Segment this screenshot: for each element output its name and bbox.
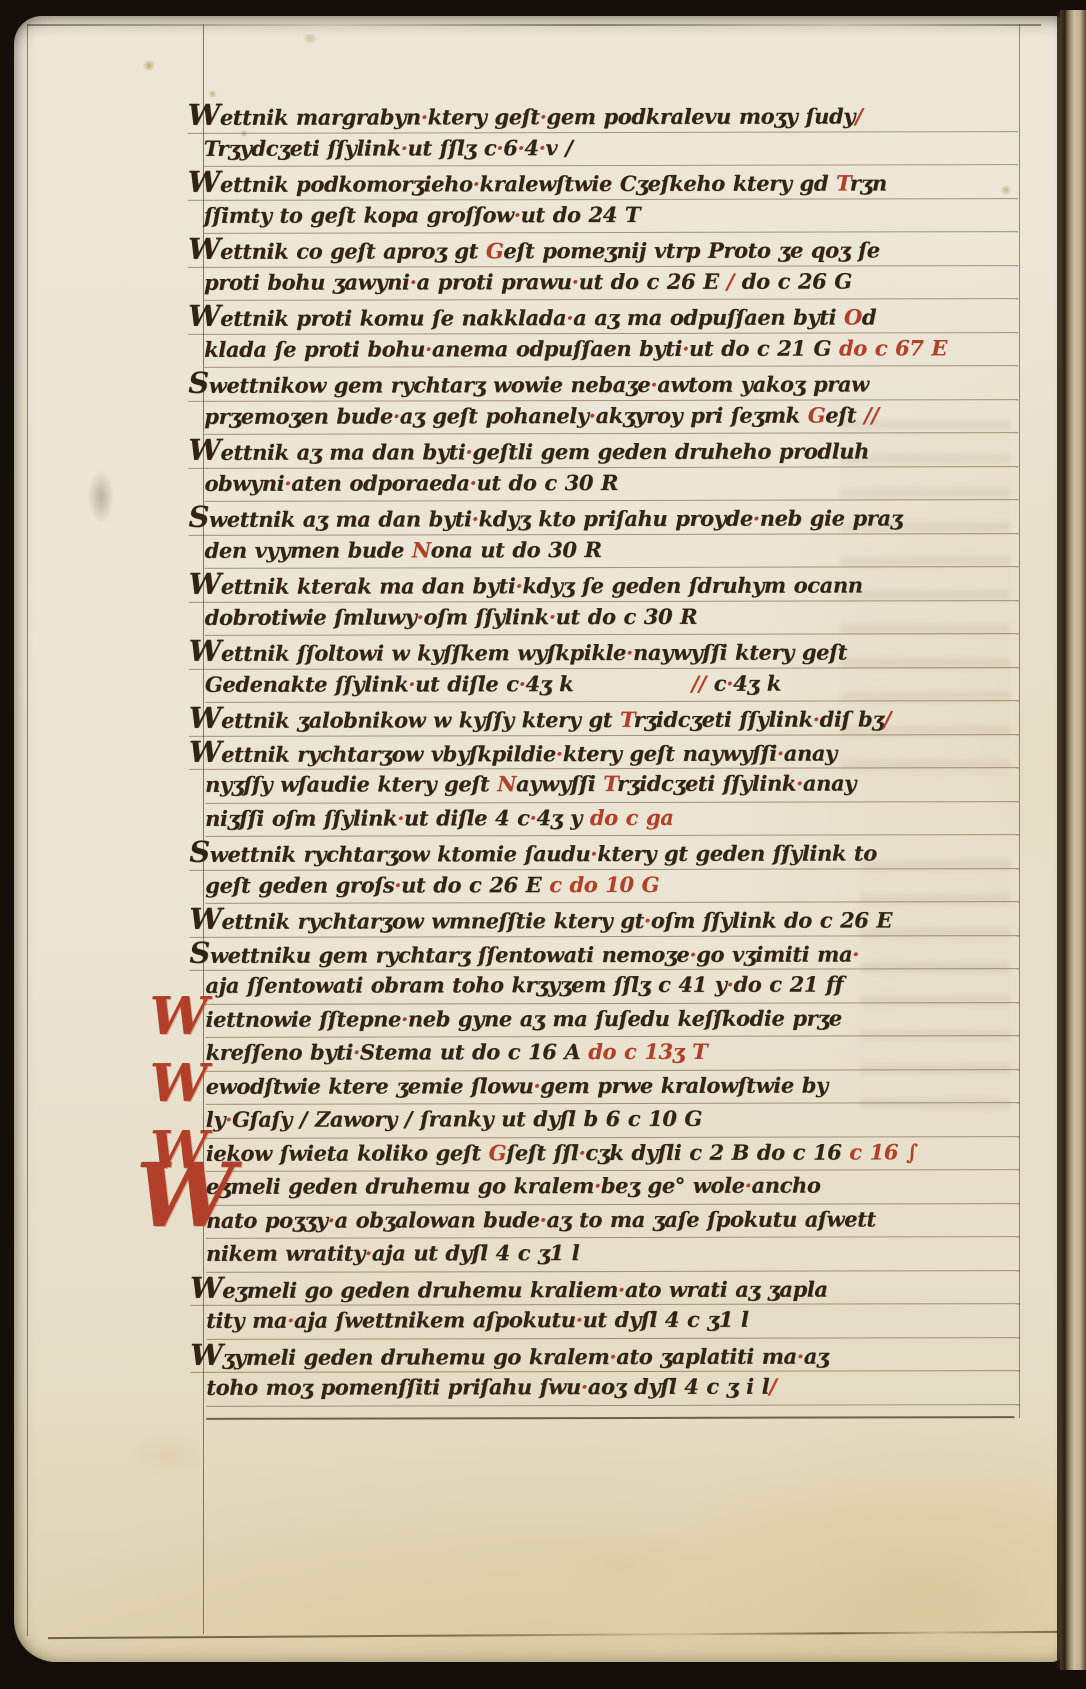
text-line: ſſimty to geſt kopa groſſow·ut do 24 T [204,199,1018,234]
ink-text: obwyni [204,470,284,495]
ink-text: aten odporaeda [291,470,469,495]
ink-text: eʒmeli geden druhemu go kralem [206,1173,594,1199]
rubric-text: · [394,872,401,897]
ink-text: 4 [524,135,538,160]
ink-text: aja ſſentowati obram toho krʒyʒem ſſlʒ c… [205,972,726,998]
ink-text: d [862,304,876,329]
ink-text: kdyʒ ſe geden ſdruhym ocann [522,572,862,598]
rubric-text: · [796,771,803,796]
rubric-text: · [425,336,432,361]
ink-text: do c 21 ff [733,972,843,997]
ink-text: naywyſſi ktery geſt [633,640,847,665]
rubric-text: N [497,771,516,796]
ink-text: c [706,670,726,695]
ink-text: ut dyſl 4 c ʒ1 l [583,1307,749,1332]
text-line: obwyni·aten odporaeda·ut do c 30 R [204,467,1018,502]
rubric-text: · [365,1241,372,1266]
ink-text: kdyʒ kto priſahu proyde [479,506,753,532]
rubric-text: c do 10 G [549,871,659,896]
ink-text: eſt pomeʒnij vtrp Proto ʒe qoʒ ſe [503,237,879,263]
text-line: Wettnik ſſoltowi w kyſſkem wyſkpikle·nay… [189,634,1019,669]
rubric-text: O [844,304,862,329]
ink-text: ut diſle 4 c [404,805,530,830]
text-line: tity ma·aja ſwettnikem aſpokutu·ut dyſl … [206,1304,1020,1339]
ink-text: Swettnik aʒ ma dan byti [188,506,471,532]
rubric-text: ∕∕ [864,402,879,427]
ink-text: Wettnik rychtarʒow wmneſſtie ktery gt [189,908,644,934]
rubric-text: T [836,171,850,196]
ink-text: Wettnik ſſoltowi w kyſſkem wyſkpikle [189,640,626,666]
text-line: Wettnik co geſt aproʒ gt Geſt pomeʒnij v… [188,232,1018,267]
ink-text: Gedenakte ſſylink [205,671,408,696]
rubric-text: · [517,135,524,160]
rubric-initial: W [149,994,207,1038]
text-line: Wettnik margrabyn·ktery geſt·gem podkral… [188,98,1018,133]
ink-text: geſtli gem geden druheho prodluh [472,438,869,464]
text-line: Wettnik aʒ ma dan byti·geſtli gem geden … [188,433,1018,468]
ink-text: do c 26 G [734,268,852,293]
ink-text: beʒ ge° wole [601,1173,745,1198]
ink-text: ut do c 21 G [689,335,839,360]
ink-text: aʒ to ma ʒaſe ſpokutu aſwett [546,1206,875,1232]
rubric-text: do c 13ʒ T [588,1039,707,1064]
ink-text: a obʒalowan bude [335,1207,540,1232]
rubric-text: · [556,741,563,766]
ink-text: awtom yakoʒ praw [657,371,869,396]
ink-text: Wettnik kterak ma dan byti [189,573,516,599]
rubric-text: · [549,604,556,629]
rubric-text: T [620,707,634,732]
ink-text: rʒidcʒeti ſſylink [617,771,796,796]
ink-text: Weʒmeli go geden druhemu kraliem [190,1276,618,1302]
ink-text: diſ bʒ [820,706,884,731]
ink-text: toho moʒ pomenſſiti priſahu ſwu [206,1374,581,1400]
ink-text: v ∕ [545,135,572,160]
manuscript-photo: { "document": { "kind": "medieval manusc… [0,0,1086,1689]
rubric-text: · [514,202,521,227]
ink-text: ut do c 26 E [579,268,727,293]
rubric-text: · [515,573,522,598]
ink-text: ſeſt ſſl [506,1140,578,1165]
text-line: nato poʒʒy·a obʒalowan bude·aʒ to ma ʒaſ… [206,1204,1020,1239]
text-line: geſt geden groſs·ut do c 26 E c do 10 G [205,869,1019,904]
ink-text: Wettnik margrabyn [188,104,421,129]
text-line: kreſſeno byti·Stema ut do c 16 A do c 13… [206,1036,1020,1071]
rubric-text: · [813,707,820,732]
ink-text: kralewſtwie Cʒeſkeho ktery gd [480,171,837,197]
ink-text: 4ʒ k [733,670,781,695]
ink-text: anay [784,740,837,765]
text-line: Weʒmeli geden druhemu go kralem·beʒ ge° … [206,1170,1020,1205]
text-line: Wettnik ʒalobnikow w kyſſy ktery gt Trʒi… [189,701,1019,736]
text-line: ly·Gſaſy ∕ Zawory ∕ ſranky ut dyſl b 6 c… [206,1103,1020,1138]
ink-text: neb gyne aʒ ma ſuſedu keſſkodie prʒe [408,1005,842,1031]
ink-text: aywyſſi [516,771,603,796]
rubric-text: · [609,1343,616,1368]
ink-text: niʒſſi oſm ſſylink [205,805,397,830]
text-line: Weʒmeli go geden druhemu kraliem·ato wra… [190,1271,1020,1306]
ink-text: Wettnik aʒ ma dan byti [188,439,465,465]
ink-text: aʒ [804,1343,829,1368]
ink-text: 6 [503,135,517,160]
frame-rule-top [27,24,1041,26]
ink-text: Gſaſy ∕ Zawory ∕ ſranky ut dyſl b 6 c 10… [232,1106,702,1132]
rubric-text: · [618,1276,625,1301]
rubric-text: · [328,1207,335,1232]
text-line: Wettnik proti komu ſe nakklada·a aʒ ma o… [188,299,1018,334]
frame-rule-left-outer [27,24,28,1636]
rubric-text: · [594,1173,601,1198]
rubric-text: · [465,439,472,464]
rubric-text: G [489,1140,507,1165]
text-line: prʒemoʒen bude·aʒ geſt pohanely·akʒyroy … [204,400,1018,435]
text-line: Swettnik rychtarʒow ktomie ſaudu·ktery g… [189,835,1019,870]
ink-text: ktery geſt [428,104,540,129]
ink-text: Wʒymeli geden druhemu go kralem [190,1344,609,1370]
ink-text: a aʒ ma odpuſſaen byti [573,305,844,331]
ink-text: den vyymen bude [205,537,412,562]
ink-text: prʒemoʒen bude [204,403,393,428]
text-line: toho moʒ pomenſſiti priſahu ſwu·aoʒ dyſl… [206,1371,1020,1406]
rubric-text: · [578,1140,585,1165]
ink-text: ut diſle c [415,671,518,696]
ink-text: ut do c 30 R [556,603,698,628]
rubric-text: · [519,671,526,696]
rubric-text: · [417,604,424,629]
ink-text: ewodſtwie ktere ʒemie ſlowu [206,1073,534,1099]
ink-text: ut do c 30 R [476,469,618,494]
ink-text: proti bohu ʒawyni [204,269,410,294]
text-line: niʒſſi oſm ſſylink·ut diſle 4 c·4ʒ y do … [205,802,1019,837]
text-line: nikem wratity·aja ut dyſl 4 c ʒ1 l [206,1237,1020,1272]
rubric-text: · [572,269,579,294]
ink-text: aoʒ dyſl 4 c ʒ i l [588,1374,769,1399]
rubric-text: ∕ [769,1374,776,1399]
rubric-text: · [539,135,546,160]
rubric-text: N [412,537,431,562]
rubric-text: · [745,1173,752,1198]
ink-text: dobrotiwie ſmluwy [205,604,417,629]
ink-text: aja ut dyſl 4 c ʒ1 l [372,1240,580,1265]
text-block: Wettnik margrabyn·ktery geſt·gem podkral… [204,98,1021,1419]
ink-text: ut do c 26 E [401,872,549,897]
ink-text: ut ſſlʒ c [408,135,497,160]
ink-text: kreſſeno byti [206,1040,353,1065]
text-line: Gedenakte ſſylink·ut diſle c·4ʒ k∕∕ c·4ʒ… [205,668,1019,703]
rubric-text: · [473,171,480,196]
text-line: dobrotiwie ſmluwy·oſm ſſylink·ut do c 30… [205,601,1019,636]
ink-text: 4ʒ k [525,671,573,696]
ink-text: akʒyroy pri ſeʒmk [596,402,808,427]
rubric-text: · [777,740,784,765]
text-line: Wettnik rychtarʒow wmneſſtie ktery gt·oſ… [189,902,1019,937]
ink-text: ly [206,1107,225,1132]
rubric-text: ∕ [855,103,862,128]
ink-text: naywyſſi [683,740,777,765]
text-line: Trʒydcʒeti ſſylink·ut ſſlʒ c·6·4·v ∕ [204,132,1018,167]
text-line: Swettnik aʒ ma dan byti·kdyʒ kto priſahu… [188,500,1018,535]
ink-text: anay [803,770,856,795]
ink-text: ato wrati aʒ ʒapla [625,1276,828,1301]
ink-text: aja ſwettnikem aſpokutu [294,1307,576,1333]
text-line: Wiekow ſwieta koliko geſt Gſeſt ſſl·cʒk … [206,1137,1020,1172]
ink-text: neb gie praʒ [760,505,902,530]
ink-text: nyʒſſy wſaudie ktery geſt [205,771,497,797]
ink-text: Swettniku gem rychtarʒ ſſentowati nemoʒe [189,941,689,967]
text-line: Swettniku gem rychtarʒ ſſentowati nemoʒe… [189,936,1019,971]
text-line: Wettnik rychtarʒow vbyſkpildie·ktery geſ… [189,735,1019,770]
ink-text: klada ſe proti bohu [204,336,425,361]
rubric-text: ∕∕ [691,670,706,695]
ink-text: gem podkralevu moʒy ſudy [546,103,855,129]
rubric-text: · [533,1073,540,1098]
ink-text: ktery gt geden ſſylink to [597,840,877,866]
rubric-text: do c 67 E [839,335,947,360]
text-line: Wettnik podkomorʒieho·kralewſtwie Cʒeſke… [188,165,1018,200]
rubric-text: · [644,908,651,933]
ink-text: Wettnik rychtarʒow vbyſkpildie [189,741,556,767]
text-line: den vyymen bude Nona ut do 30 R [205,534,1019,569]
rubric-text: · [689,941,696,966]
ink-text: geſt geden groſs [205,872,394,897]
rubric-text: · [401,135,408,160]
text-line: aja ſſentowati obram toho krʒyʒem ſſlʒ c… [205,969,1019,1004]
ink-text: a proti prawu [416,269,571,294]
rubric-text: · [727,972,734,997]
ink-text: Trʒydcʒeti ſſylink [204,135,401,160]
ink-text: ona ut do 30 R [431,537,602,562]
rubric-text: c 16 ∫ [849,1139,917,1164]
text-line: proti bohu ʒawyni·a proti prawu·ut do c … [204,266,1018,301]
ink-text: ancho [752,1173,821,1198]
rubric-text: ∕ [727,268,734,293]
ink-text: ktery geſt [563,740,683,765]
ink-text: eſt [825,402,864,427]
ink-text: rʒidcʒeti ſſylink [634,707,813,732]
rubric-text: · [397,805,404,830]
rubric-initial: W [136,1160,235,1230]
text-line: klada ſe proti bohu·anema odpuſſaen byti… [204,333,1018,368]
ink-text: Wettnik proti komu ſe nakklada [188,305,566,331]
text-line: Wiettnowie ſſtepne·neb gyne aʒ ma ſuſedu… [206,1003,1020,1038]
rubric-text: · [287,1308,294,1333]
rubric-text: · [284,470,291,495]
ink-text: 4ʒ y [536,805,589,830]
ink-text: tity ma [206,1308,287,1333]
ink-text: anema odpuſſaen byti [432,335,682,361]
rubric-text: G [808,402,826,427]
ink-text: Swettnik rychtarʒow ktomie ſaudu [189,841,590,867]
book-fore-edge [1060,10,1086,1670]
ink-text: iekow ſwieta koliko geſt [206,1140,489,1166]
rubric-text: · [682,335,689,360]
text-line: Swettnikow gem rychtarʒ wowie nebaʒe·awt… [188,366,1018,401]
ink-text: oſm ſſylink do c 26 E [651,907,892,933]
ink-text: aʒ geſt pohanely [400,403,589,428]
ink-text: iettnowie ſſtepne [206,1006,401,1031]
ink-text: rʒn [850,170,887,195]
rubric-text: G [486,238,504,263]
ink-text: go vʒimiti ma [696,941,852,966]
text-line: nyʒſſy wſaudie ktery geſt Naywyſſi Trʒid… [205,768,1019,803]
rubric-text: · [852,941,859,966]
ink-text: ut do 24 T [521,201,641,226]
text-line: Wʒymeli geden druhemu go kralem·ato ʒapl… [190,1338,1020,1373]
rubric-initial: W [150,1061,208,1105]
ink-text: ato ʒaplatiti ma [616,1343,797,1368]
ink-text: Swettnikow gem rychtarʒ wowie nebaʒe [188,372,650,398]
rubric-text: · [540,104,547,129]
ink-text: gem prwe kralowſtwie by [540,1072,828,1098]
rubric-text: T [603,771,617,796]
rubric-text: do c ga [590,804,674,829]
text-line: Wettnik kterak ma dan byti·kdyʒ ſe geden… [189,567,1019,602]
text-line: Wewodſtwie ktere ʒemie ſlowu·gem prwe kr… [206,1070,1020,1105]
closing-rule [206,1405,1014,1420]
ink-text: Wettnik podkomorʒieho [188,171,473,197]
rubric-text: · [421,104,428,129]
ink-text: Stema ut do c 16 A [360,1039,588,1064]
ink-text: ſſimty to geſt kopa groſſow [204,202,514,228]
ink-text: Wettnik ʒalobnikow w kyſſy ktery gt [189,707,620,733]
rubric-text: ∕ [884,706,891,731]
ink-text: Wettnik co geſt aproʒ gt [188,238,486,264]
ink-text: oſm ſſylink [423,604,548,629]
ink-text: cʒk dyſli c 2 B do c 16 [585,1139,849,1165]
